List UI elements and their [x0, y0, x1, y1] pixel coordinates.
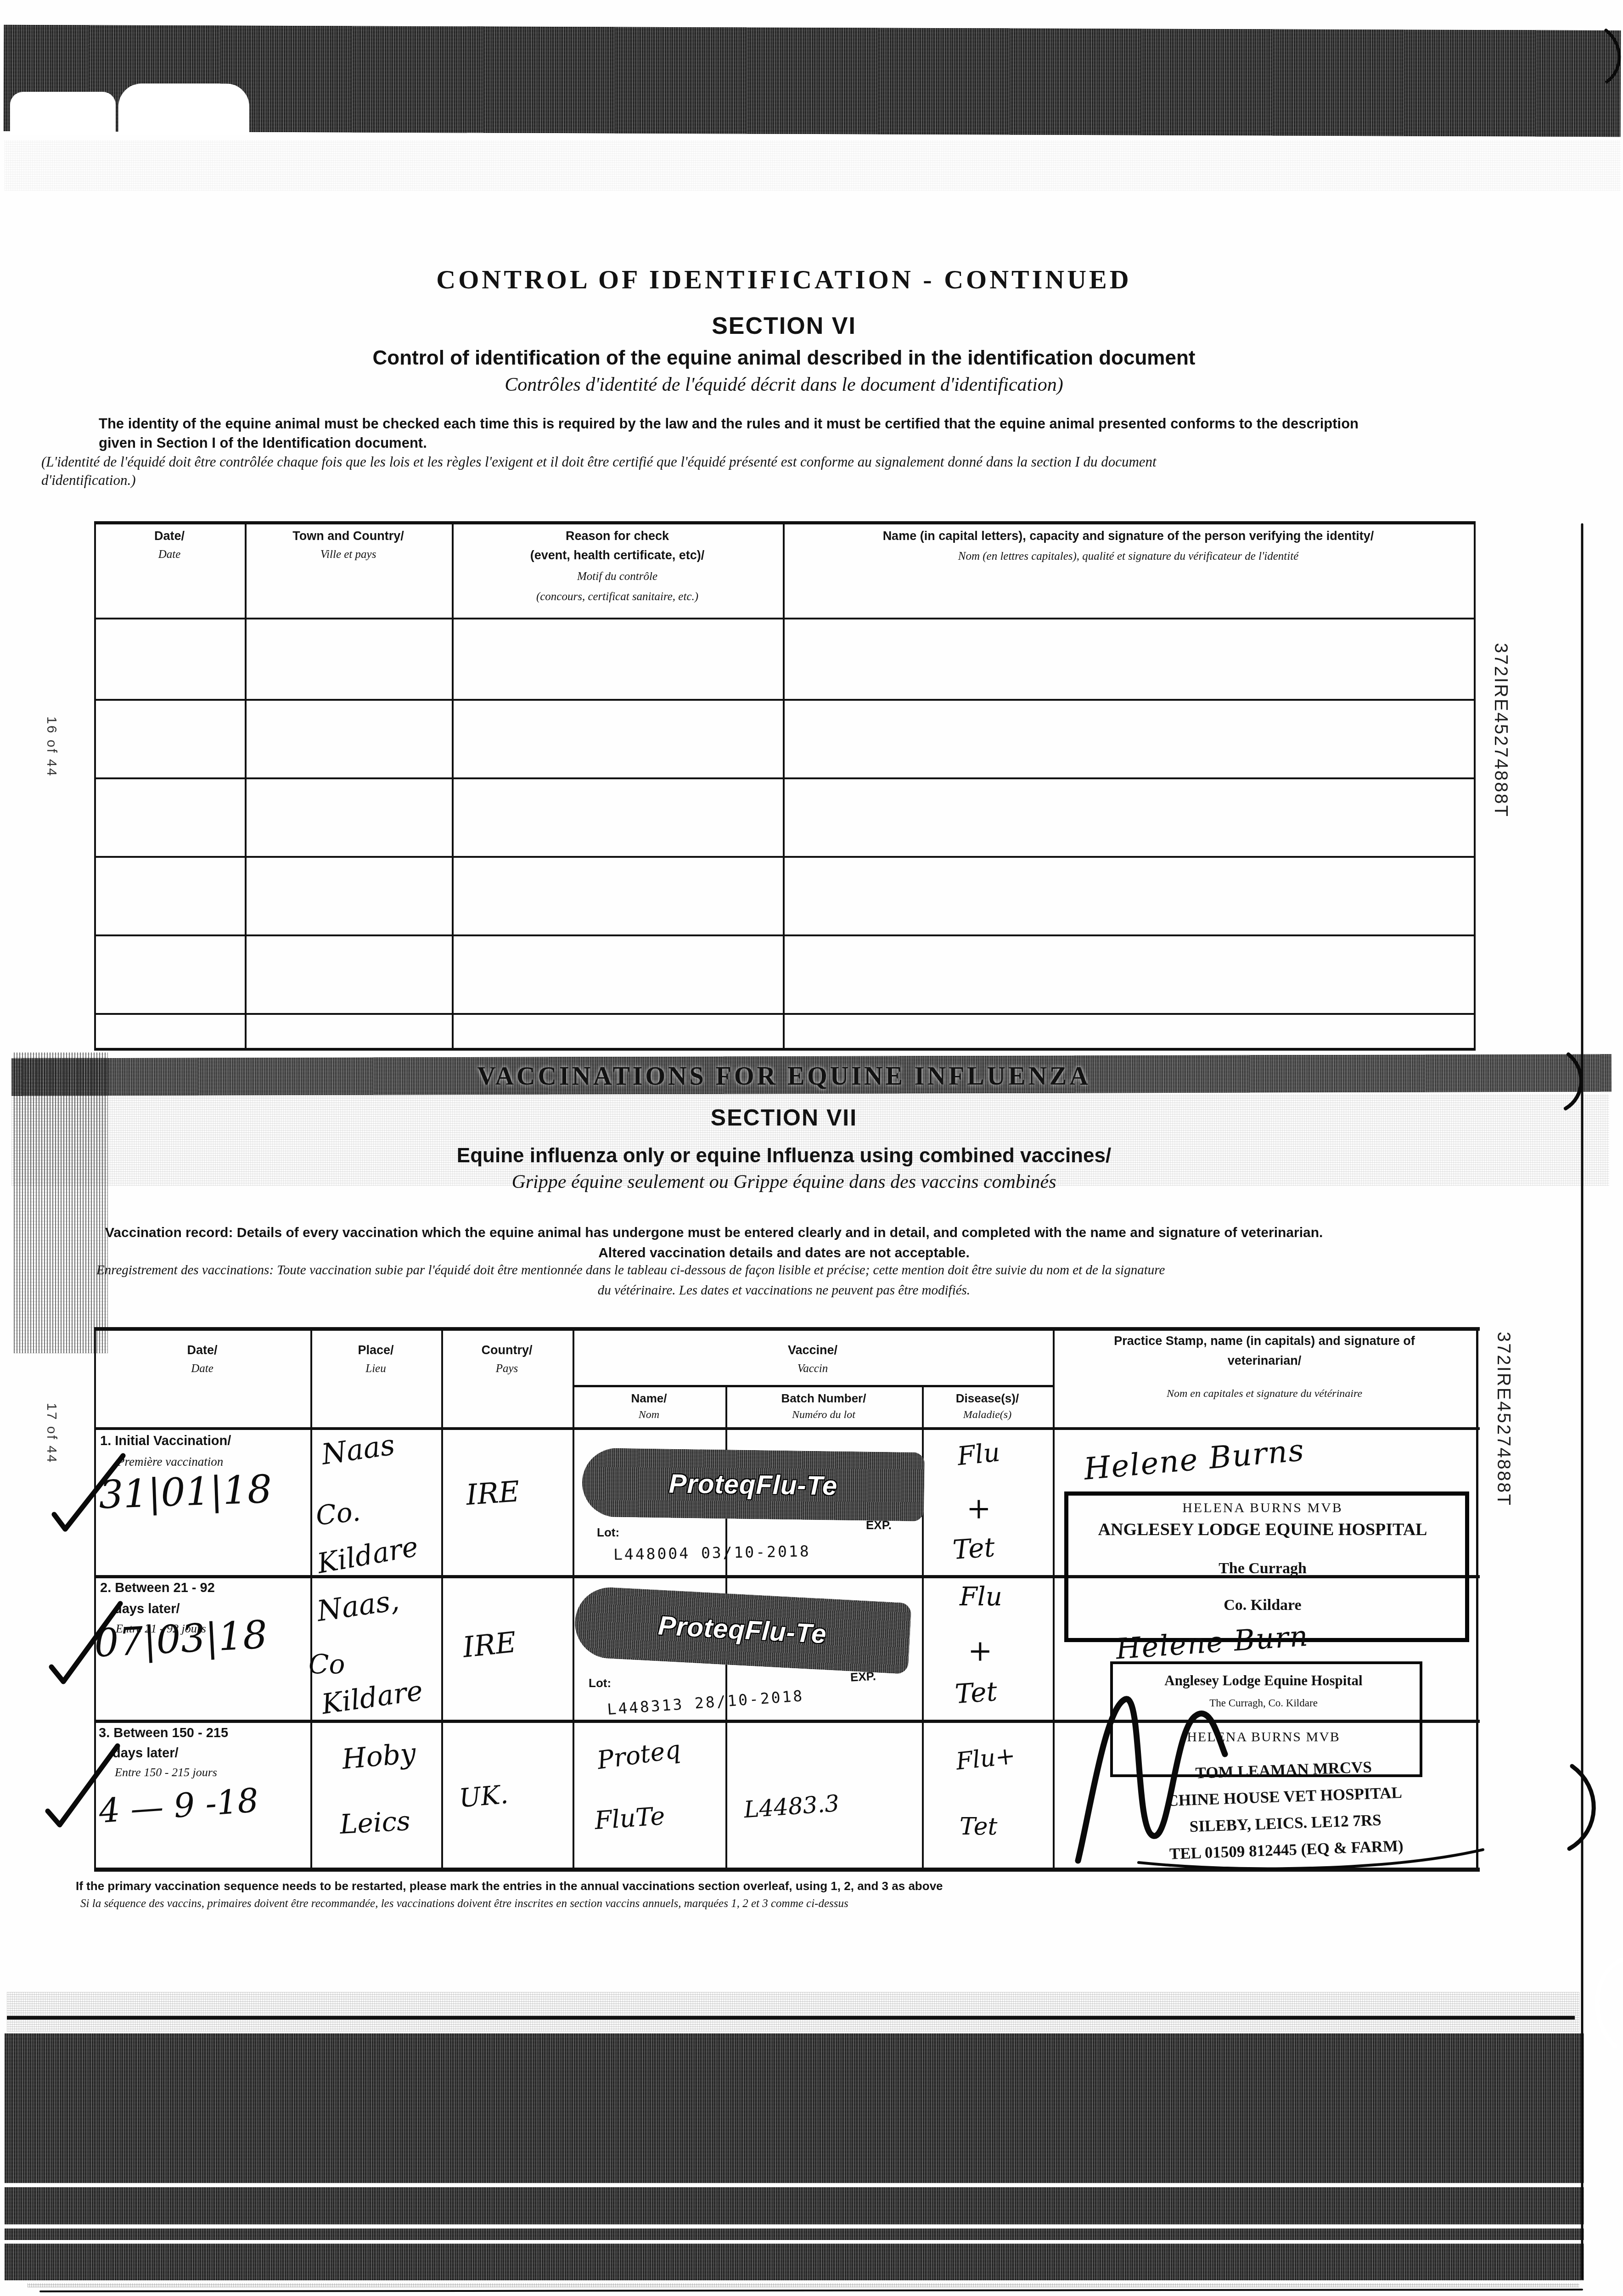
- scan-speckle-line-foot: [28, 2283, 1579, 2287]
- stamp3-line3: SILEBY, LEICS. LE12 7RS: [1095, 1807, 1476, 1839]
- t1-col-town-en: Town and Country/: [245, 529, 452, 543]
- row3-vaccine-line1: Proteq: [595, 1735, 683, 1775]
- vaccination-note-en-line1: Vaccination record: Details of every vac…: [105, 1225, 1323, 1241]
- scan-paper-tab-small: [10, 92, 116, 135]
- scan-paper-tab-large: [118, 84, 249, 135]
- row2-place-line1: Naas,: [315, 1583, 401, 1628]
- footnote-en: If the primary vaccination sequence need…: [76, 1879, 943, 1893]
- t2-col-name-en: Name/: [573, 1391, 725, 1406]
- t2-col-vaccine-fr: Vaccin: [573, 1362, 1053, 1375]
- stamp3-line4: TEL 01509 812445 (EQ & FARM): [1095, 1834, 1477, 1866]
- scan-line-bottom: [7, 2016, 1575, 2020]
- t2-col-stamp-en2: veterinarian/: [1053, 1354, 1476, 1368]
- row1-disease-line2: +: [966, 1491, 991, 1525]
- scan-speckle-strip-bottom: [7, 1992, 1579, 2032]
- row1-label-fr: Première vaccination: [117, 1455, 223, 1469]
- stamp2-line1: Anglesey Lodge Equine Hospital: [1113, 1672, 1414, 1689]
- document-code-lower: 372IRE45274888T: [1493, 1332, 1514, 1507]
- row3-label-fr: Entre 150 - 215 jours: [115, 1766, 217, 1779]
- row1-disease-line1: Flu: [956, 1437, 1001, 1471]
- vaccinations-band-title: VACCINATIONS FOR EQUINE INFLUENZA: [94, 1062, 1474, 1091]
- t2-col-stamp-fr: Nom en capitales et signature du vétérin…: [1053, 1388, 1476, 1400]
- stamp3-line2: CHINE HOUSE VET HOSPITAL: [1094, 1781, 1475, 1812]
- section-vi-subheading-en: Control of identification of the equine …: [94, 347, 1474, 370]
- t2-col-date-fr: Date: [94, 1362, 310, 1375]
- row1-vet-signature: Helene Burns: [1083, 1432, 1306, 1487]
- section-vi-intro-en-line1: The identity of the equine animal must b…: [99, 416, 1359, 432]
- row1-place-line1: Naas: [320, 1428, 397, 1471]
- t1-col-reason-en1: Reason for check: [452, 529, 783, 543]
- row2-lot-label: Lot:: [589, 1676, 611, 1690]
- t2-col-date-en: Date/: [94, 1343, 310, 1357]
- t1-col-name-fr: Nom (en lettres capitales), qualité et s…: [783, 550, 1474, 563]
- row3-label-line2: days later/: [112, 1746, 178, 1761]
- t1-col-name-en: Name (in capital letters), capacity and …: [783, 529, 1474, 543]
- t2-col-stamp-en1: Practice Stamp, name (in capitals) and s…: [1053, 1334, 1476, 1348]
- row2-date-handwritten: 07|03|18: [93, 1612, 269, 1666]
- scan-white-line-3: [5, 2240, 1584, 2244]
- t2-col-place-fr: Lieu: [310, 1362, 441, 1375]
- row3-disease-line2: Tet: [960, 1813, 997, 1840]
- row2-label-line2: days later/: [114, 1602, 180, 1617]
- scan-stripe-noise-left: [14, 1052, 108, 1353]
- row2-place-line2: Co: [309, 1649, 345, 1680]
- t2-col-disease-en: Disease(s)/: [922, 1391, 1053, 1406]
- section-vi-subheading-fr: Contrôles d'identité de l'équidé décrit …: [94, 374, 1474, 396]
- page-edge-bottom-line: [40, 2290, 1582, 2291]
- scan-speckle-strip-top: [5, 140, 1621, 191]
- page-curl-bottom-right: [1597, 1960, 1622, 2046]
- scan-white-line-1: [5, 2183, 1584, 2187]
- row3-label-line1: 3. Between 150 - 215: [99, 1726, 228, 1741]
- page-title: CONTROL OF IDENTIFICATION - CONTINUED: [94, 264, 1474, 295]
- row2-place-line3: Kildare: [320, 1675, 425, 1721]
- pagination-lower: 17 of 44: [44, 1403, 59, 1463]
- row2-label-line1: 2. Between 21 - 92: [100, 1581, 215, 1596]
- row3-disease-line1: Flu+: [955, 1742, 1016, 1775]
- stamp1-line1: HELENA BURNS MVB: [1068, 1500, 1457, 1516]
- row3-place-line1: Hoby: [341, 1737, 417, 1776]
- vaccine-sticker-row1-brand: ProteqFlu-Te: [668, 1468, 837, 1501]
- section-vi-heading: SECTION VI: [94, 312, 1474, 340]
- row3-batch-handwritten: L4483.3: [743, 1790, 840, 1823]
- stamp1-line3: The Curragh: [1068, 1560, 1457, 1577]
- practice-stamp-row1: HELENA BURNS MVB ANGLESEY LODGE EQUINE H…: [1064, 1491, 1469, 1642]
- section-vi-intro-fr-line1: (L'identité de l'équidé doit être contrô…: [41, 454, 1157, 470]
- row3-date-handwritten: 4 — 9 -18: [97, 1781, 259, 1830]
- row1-lot-label: Lot:: [597, 1525, 619, 1540]
- row2-lot-number: L448313 28/10-2018: [607, 1687, 804, 1718]
- t2-col-disease-fr: Maladie(s): [922, 1409, 1053, 1421]
- t2-col-name-fr: Nom: [573, 1409, 725, 1421]
- vaccine-sticker-row1: ProteqFlu-Te: [582, 1448, 925, 1521]
- t2-col-batch-en: Batch Number/: [725, 1391, 922, 1406]
- row1-date-handwritten: 31|01|18: [98, 1466, 272, 1517]
- row1-label: 1. Initial Vaccination/: [100, 1434, 231, 1449]
- equine-passport-scan-page: CONTROL OF IDENTIFICATION - CONTINUED SE…: [0, 0, 1623, 2296]
- row2-disease-line2: +: [968, 1634, 993, 1668]
- row2-disease-line1: Flu: [960, 1582, 1002, 1612]
- t1-col-reason-fr2: (concours, certificat sanitaire, etc.): [452, 591, 783, 603]
- section-vii-subheading-fr: Grippe équine seulement ou Grippe équine…: [94, 1171, 1474, 1193]
- page-curl-lower-right: [1569, 1766, 1594, 1849]
- t2-col-place-en: Place/: [310, 1343, 441, 1357]
- stamp2-line2: The Curragh, Co. Kildare: [1113, 1697, 1414, 1709]
- document-code-upper: 372IRE45274888T: [1490, 643, 1511, 818]
- section-vi-intro-fr-line2: d'identification.): [41, 472, 136, 489]
- t1-col-date-en: Date/: [94, 529, 245, 543]
- row3-vaccine-line2: FluTe: [594, 1801, 666, 1835]
- t2-col-vaccine-en: Vaccine/: [573, 1343, 1053, 1357]
- row3-country-handwritten: UK.: [458, 1779, 509, 1813]
- stamp1-line4: Co. Kildare: [1068, 1597, 1457, 1614]
- section-vii-subheading-en: Equine influenza only or equine Influenz…: [94, 1144, 1474, 1167]
- vaccination-note-en-line2: Altered vaccination details and dates ar…: [94, 1245, 1474, 1261]
- row1-place-line2: Co.: [314, 1496, 362, 1531]
- t2-col-country-fr: Pays: [441, 1362, 573, 1375]
- row1-lot-number: L448004 03/10-2018: [613, 1542, 811, 1563]
- pagination-upper: 16 of 44: [44, 716, 59, 777]
- row2-country-handwritten: IRE: [461, 1625, 518, 1664]
- stamp1-line2: ANGLESEY LODGE EQUINE HOSPITAL: [1068, 1519, 1457, 1540]
- vaccination-note-fr-line2: du vétérinaire. Les dates et vaccination…: [94, 1283, 1474, 1298]
- row1-country-handwritten: IRE: [465, 1474, 521, 1512]
- section-vi-intro-en-line2: given in Section I of the Identification…: [99, 435, 427, 451]
- row1-place-line3: Kildare: [315, 1531, 421, 1580]
- t2-col-batch-fr: Numéro du lot: [725, 1409, 922, 1421]
- section-vii-heading: SECTION VII: [94, 1104, 1474, 1131]
- row2-disease-line3: Tet: [954, 1676, 998, 1710]
- scan-white-line-2: [5, 2224, 1584, 2228]
- vaccine-sticker-row2-brand: ProteqFlu-Te: [657, 1610, 828, 1649]
- t1-col-date-fr: Date: [94, 548, 245, 561]
- row3-place-line2: Leics: [339, 1805, 411, 1840]
- vaccine-sticker-row2: ProteqFlu-Te: [573, 1586, 911, 1674]
- row1-disease-line3: Tet: [952, 1531, 996, 1565]
- t2-col-country-en: Country/: [441, 1343, 573, 1357]
- t1-col-reason-fr1: Motif du contrôle: [452, 570, 783, 583]
- t1-col-reason-en2: (event, health certificate, etc)/: [452, 548, 783, 563]
- footnote-fr: Si la séquence des vaccins, primaires do…: [80, 1897, 848, 1910]
- t1-col-town-fr: Ville et pays: [245, 548, 452, 561]
- stamp2-line3: HELENA BURNS MVB: [1113, 1729, 1414, 1745]
- vaccination-note-fr-line1: Enregistrement des vaccinations: Toute v…: [96, 1263, 1165, 1278]
